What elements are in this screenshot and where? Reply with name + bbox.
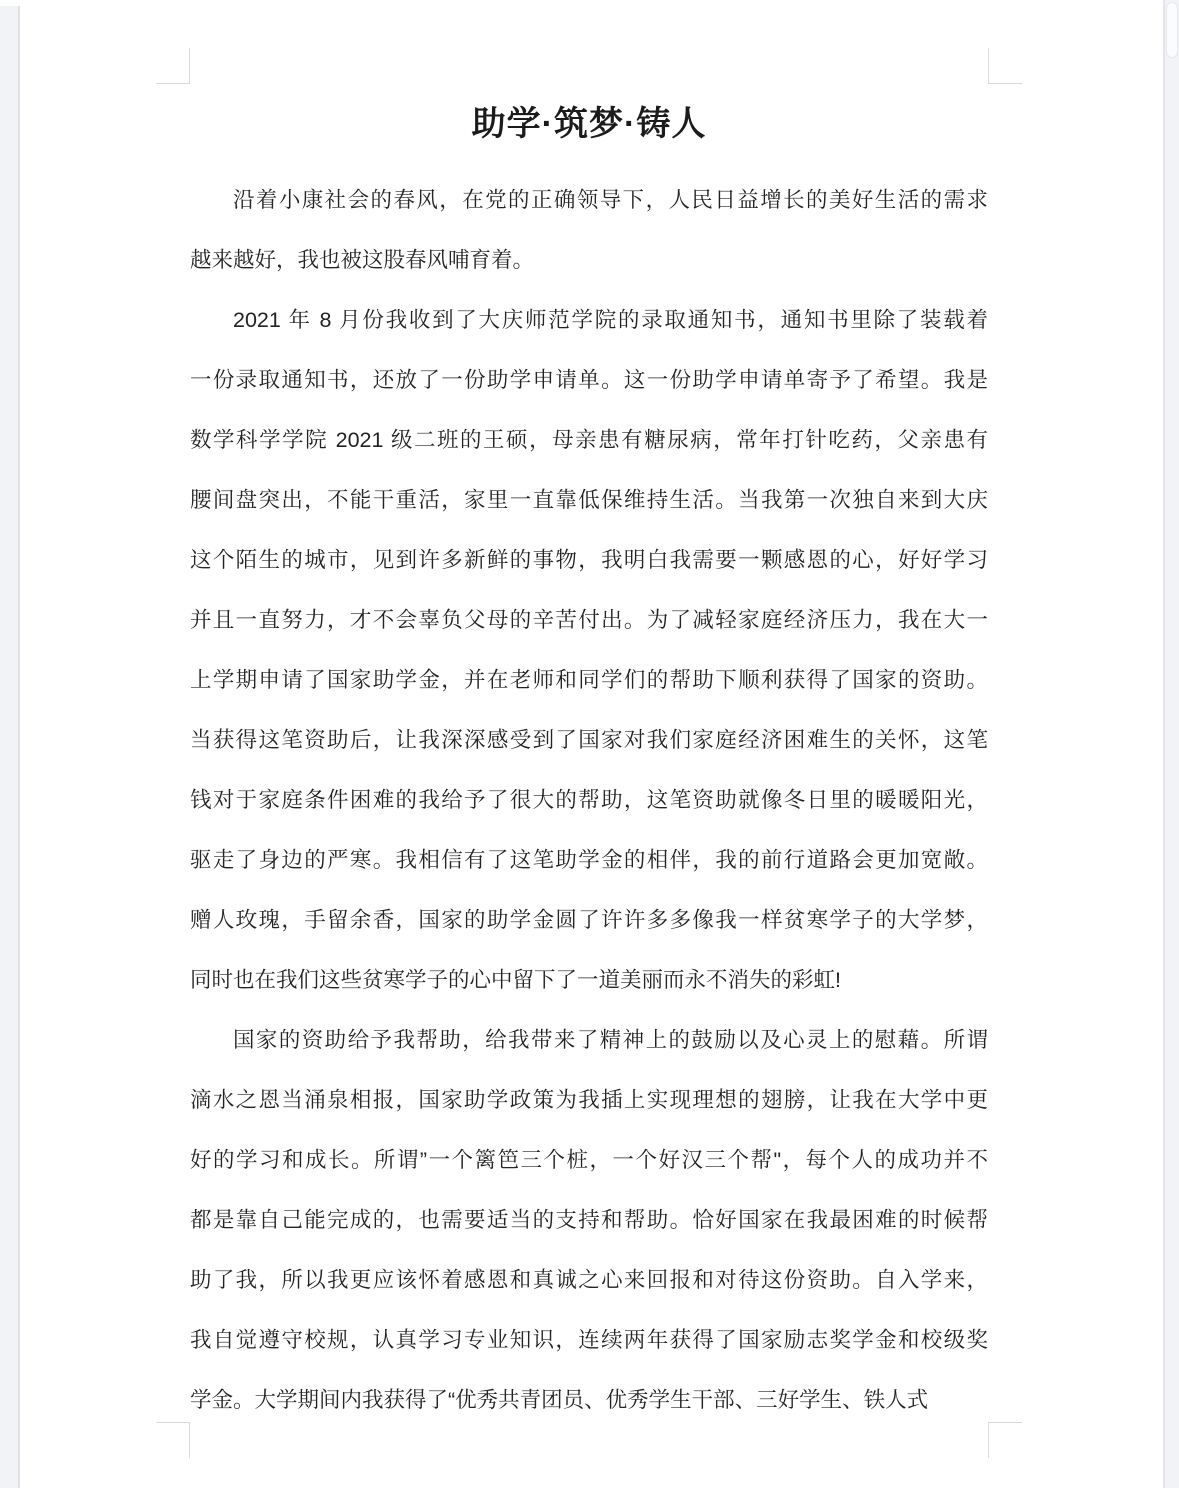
- paragraph: 2021 年 8 月份我收到了大庆师范学院的录取通知书，通知书里除了装载着一份录…: [190, 290, 988, 1010]
- margin-mark-bottom-left: [156, 1422, 190, 1458]
- text-line: 助了我，所以我更应该怀着感恩和真诚之心来回报和对待这份资助。自入学来，: [190, 1250, 988, 1310]
- margin-mark-top-right: [988, 48, 1022, 84]
- left-gutter: [0, 6, 20, 1488]
- scrollbar-track[interactable]: [1163, 0, 1179, 1488]
- text-line: 同时也在我们这些贫寒学子的心中留下了一道美丽而永不消失的彩虹!: [190, 950, 988, 1010]
- text-line: 沿着小康社会的春风，在党的正确领导下，人民日益增长的美好生活的需求: [190, 170, 988, 230]
- paragraph: 沿着小康社会的春风，在党的正确领导下，人民日益增长的美好生活的需求越来越好，我也…: [190, 170, 988, 290]
- text-line: 都是靠自己能完成的，也需要适当的支持和帮助。恰好国家在我最困难的时候帮: [190, 1190, 988, 1250]
- page: 助学·筑梦·铸人 沿着小康社会的春风，在党的正确领导下，人民日益增长的美好生活的…: [190, 0, 988, 1430]
- document-title: 助学·筑梦·铸人: [190, 0, 988, 144]
- margin-mark-bottom-right: [988, 1422, 1022, 1458]
- text-line: 这个陌生的城市，见到许多新鲜的事物，我明白我需要一颗感恩的心，好好学习: [190, 530, 988, 590]
- text-line: 好的学习和成长。所谓”一个篱笆三个桩，一个好汉三个帮"，每个人的成功并不: [190, 1130, 988, 1190]
- text-line: 当获得这笔资助后，让我深深感受到了国家对我们家庭经济困难生的关怀，这笔: [190, 710, 988, 770]
- text-line: 2021 年 8 月份我收到了大庆师范学院的录取通知书，通知书里除了装载着: [190, 290, 988, 350]
- text-line: 数学科学学院 2021 级二班的王硕，母亲患有糖尿病，常年打针吃药，父亲患有: [190, 410, 988, 470]
- text-line: 并且一直努力，才不会辜负父母的辛苦付出。为了减轻家庭经济压力，我在大一: [190, 590, 988, 650]
- text-line: 越来越好，我也被这股春风哺育着。: [190, 230, 988, 290]
- text-line: 国家的资助给予我帮助，给我带来了精神上的鼓励以及心灵上的慰藉。所谓: [190, 1010, 988, 1070]
- text-line: 赠人玫瑰，手留余香，国家的助学金圆了许许多多像我一样贫寒学子的大学梦，: [190, 890, 988, 950]
- text-line: 钱对于家庭条件困难的我给予了很大的帮助，这笔资助就像冬日里的暖暖阳光，: [190, 770, 988, 830]
- text-line: 我自觉遵守校规，认真学习专业知识，连续两年获得了国家励志奖学金和校级奖: [190, 1310, 988, 1370]
- document-body: 沿着小康社会的春风，在党的正确领导下，人民日益增长的美好生活的需求越来越好，我也…: [190, 170, 988, 1430]
- text-line: 滴水之恩当涌泉相报，国家助学政策为我插上实现理想的翅膀，让我在大学中更: [190, 1070, 988, 1130]
- document-viewer: 助学·筑梦·铸人 沿着小康社会的春风，在党的正确领导下，人民日益增长的美好生活的…: [0, 0, 1179, 1488]
- scrollbar-thumb[interactable]: [1166, 2, 1178, 58]
- text-line: 一份录取通知书，还放了一份助学申请单。这一份助学申请单寄予了希望。我是: [190, 350, 988, 410]
- margin-mark-top-left: [156, 48, 190, 84]
- text-line: 驱走了身边的严寒。我相信有了这笔助学金的相伴，我的前行道路会更加宽敞。: [190, 830, 988, 890]
- text-line: 上学期申请了国家助学金，并在老师和同学们的帮助下顺利获得了国家的资助。: [190, 650, 988, 710]
- text-line: 腰间盘突出，不能干重活，家里一直靠低保维持生活。当我第一次独自来到大庆: [190, 470, 988, 530]
- text-line: 学金。大学期间内我获得了“优秀共青团员、优秀学生干部、三好学生、铁人式: [190, 1370, 988, 1430]
- paragraph: 国家的资助给予我帮助，给我带来了精神上的鼓励以及心灵上的慰藉。所谓滴水之恩当涌泉…: [190, 1010, 988, 1430]
